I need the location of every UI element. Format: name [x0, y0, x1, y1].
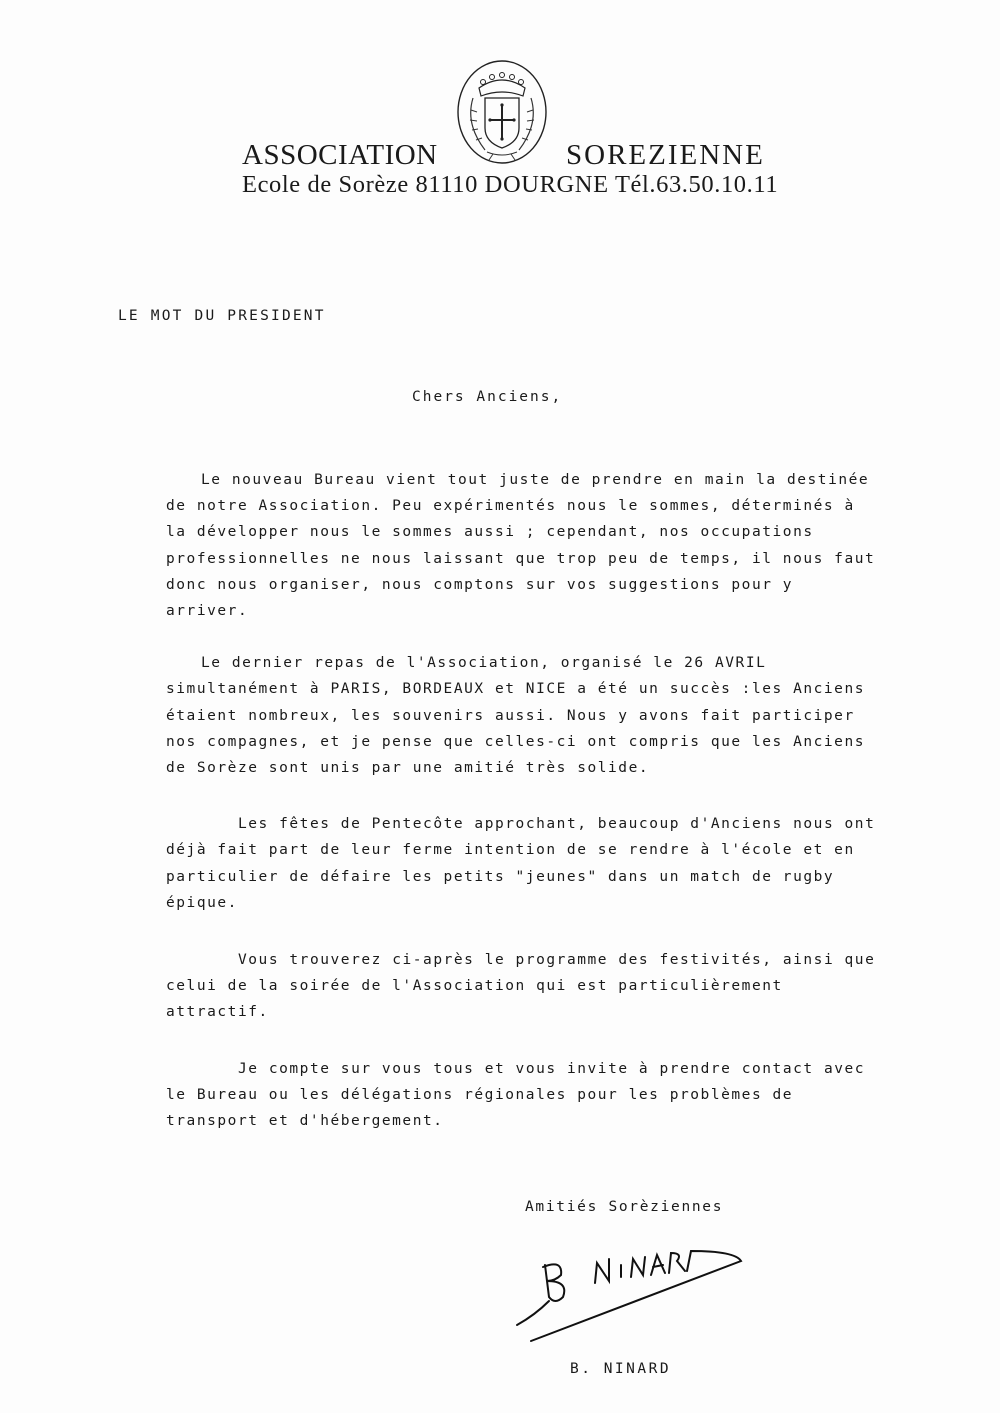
paragraph: Le nouveau Bureau vient tout juste de pr… [166, 467, 876, 624]
closing: Amitiés Sorèziennes [525, 1199, 723, 1215]
letter-page: ASSOCIATION SOREZIENNE Ecole de Sorèze 8… [0, 0, 1000, 1413]
salutation: Chers Anciens, [412, 389, 562, 405]
paragraph: Le dernier repas de l'Association, organ… [166, 650, 876, 781]
organization-name-right: SOREZIENNE [566, 139, 765, 172]
organization-name-left: ASSOCIATION [242, 139, 438, 172]
handwritten-signature: B NINARD [505, 1245, 765, 1355]
organization-address: Ecole de Sorèze 81110 DOURGNE Tél.63.50.… [242, 171, 778, 199]
paragraph: Les fêtes de Pentecôte approchant, beauc… [166, 811, 876, 916]
paragraph: Vous trouverez ci-après le programme des… [166, 947, 876, 1026]
letter-body: Le nouveau Bureau vient tout juste de pr… [166, 467, 876, 1134]
signer-name: B. NINARD [570, 1361, 671, 1377]
crest-icon [455, 58, 549, 166]
letter-title: LE MOT DU PRESIDENT [118, 308, 326, 324]
paragraph: Je compte sur vous tous et vous invite à… [166, 1056, 876, 1135]
